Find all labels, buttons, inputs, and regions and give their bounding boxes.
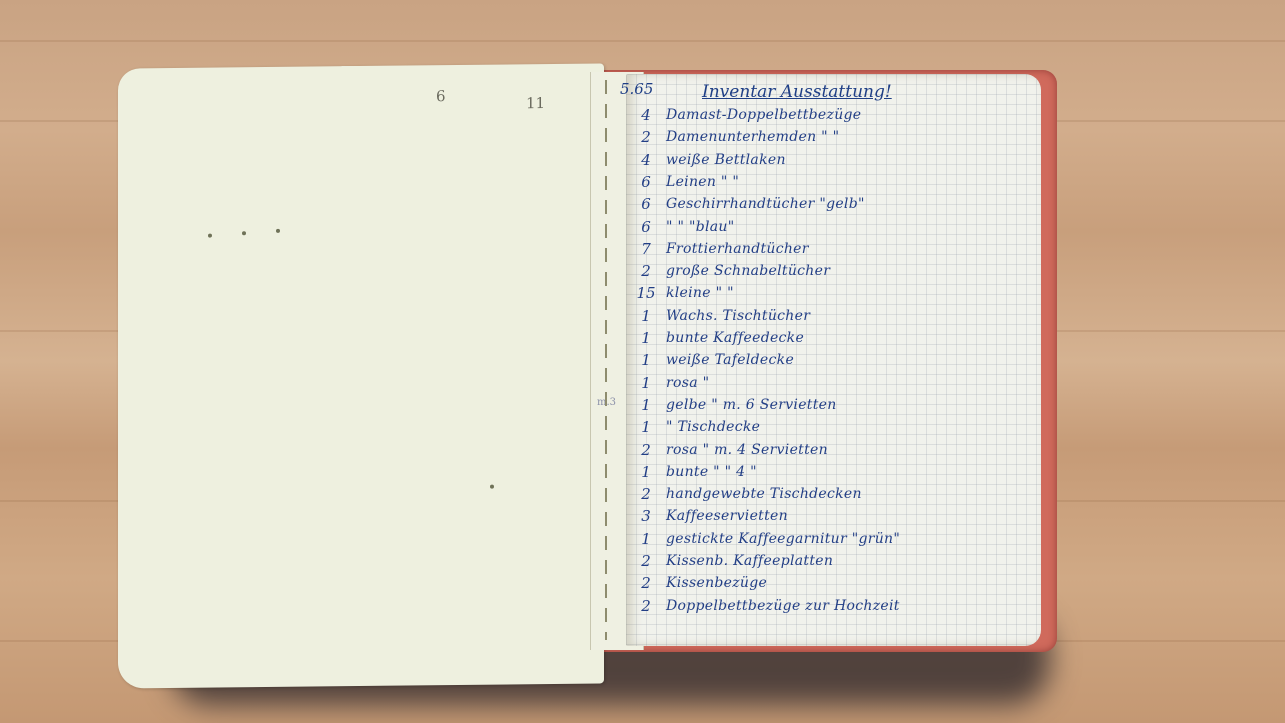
item-quantity: 1 bbox=[626, 418, 666, 436]
list-item: 2große Schnabeltücher bbox=[626, 260, 830, 282]
pencil-mark: 11 bbox=[526, 94, 545, 112]
right-page: 5.65 Inventar Ausstattung! 4Damast-Doppe… bbox=[626, 74, 1041, 646]
item-description: Leinen " " bbox=[666, 174, 739, 190]
item-description: Damast-Doppelbettbezüge bbox=[666, 107, 861, 123]
item-quantity: 15 bbox=[626, 284, 666, 302]
item-quantity: 1 bbox=[626, 396, 666, 414]
list-item: 2Kissenb. Kaffeeplatten bbox=[626, 550, 833, 572]
item-quantity: 3 bbox=[626, 507, 666, 525]
list-item: 2Kissenbezüge bbox=[626, 572, 767, 594]
item-description: weiße Bettlaken bbox=[666, 152, 786, 168]
list-item: 1Wachs. Tischtücher bbox=[626, 305, 810, 327]
item-description: Doppelbettbezüge zur Hochzeit bbox=[666, 598, 900, 614]
item-quantity: 6 bbox=[626, 173, 666, 191]
item-quantity: 2 bbox=[626, 597, 666, 615]
list-item: 2Damenunterhemden " " bbox=[626, 126, 839, 148]
list-item: 7Frottierhandtücher bbox=[626, 238, 809, 260]
list-item: 1gestickte Kaffeegarnitur "grün" bbox=[626, 528, 900, 550]
list-item: 2rosa " m. 4 Servietten bbox=[626, 439, 828, 461]
item-description: kleine " " bbox=[666, 285, 734, 301]
item-description: handgewebte Tischdecken bbox=[666, 486, 862, 502]
list-item: 1gelbe " m. 6 Servietten bbox=[626, 394, 837, 416]
item-quantity: 7 bbox=[626, 240, 666, 258]
item-description: Geschirrhandtücher "gelb" bbox=[666, 196, 865, 212]
list-item: 1bunte " " 4 " bbox=[626, 461, 757, 483]
item-quantity: 2 bbox=[626, 262, 666, 280]
item-description: gelbe " m. 6 Servietten bbox=[666, 397, 837, 413]
list-item: 2Doppelbettbezüge zur Hochzeit bbox=[626, 595, 900, 617]
binding-stitches bbox=[605, 80, 607, 640]
list-title: Inventar Ausstattung! bbox=[702, 82, 892, 102]
item-quantity: 2 bbox=[626, 441, 666, 459]
item-quantity: 2 bbox=[626, 552, 666, 570]
list-item: 1rosa " bbox=[626, 372, 709, 394]
list-item: 4Damast-Doppelbettbezüge bbox=[626, 104, 861, 126]
list-item: 4weiße Bettlaken bbox=[626, 149, 786, 171]
stain bbox=[276, 229, 280, 233]
left-page: 6 11 bbox=[118, 63, 604, 688]
item-description: bunte " " 4 " bbox=[666, 464, 757, 480]
item-description: Frottierhandtücher bbox=[666, 241, 809, 257]
item-quantity: 4 bbox=[626, 106, 666, 124]
pencil-mark: 6 bbox=[436, 87, 446, 105]
item-quantity: 1 bbox=[626, 463, 666, 481]
item-description: Kissenbezüge bbox=[666, 575, 767, 591]
item-quantity: 1 bbox=[626, 329, 666, 347]
list-item: 6" " "blau" bbox=[626, 216, 734, 238]
list-item: 2handgewebte Tischdecken bbox=[626, 483, 862, 505]
item-quantity: 2 bbox=[626, 485, 666, 503]
item-quantity: 4 bbox=[626, 151, 666, 169]
item-description: gestickte Kaffeegarnitur "grün" bbox=[666, 531, 900, 547]
list-item: 6Leinen " " bbox=[626, 171, 739, 193]
item-description: Kaffeeservietten bbox=[666, 508, 788, 524]
stain bbox=[208, 234, 212, 238]
item-quantity: 2 bbox=[626, 574, 666, 592]
item-quantity: 1 bbox=[626, 307, 666, 325]
item-description: Damenunterhemden " " bbox=[666, 129, 839, 145]
list-item: 6Geschirrhandtücher "gelb" bbox=[626, 193, 865, 215]
item-quantity: 1 bbox=[626, 351, 666, 369]
item-quantity: 1 bbox=[626, 530, 666, 548]
stain bbox=[490, 485, 494, 489]
list-item: 3Kaffeeservietten bbox=[626, 505, 788, 527]
item-description: " Tischdecke bbox=[666, 419, 760, 435]
item-description: " " "blau" bbox=[666, 219, 734, 235]
item-quantity: 1 bbox=[626, 374, 666, 392]
item-description: rosa " m. 4 Servietten bbox=[666, 442, 828, 458]
stain bbox=[242, 231, 246, 235]
entry-date: 5.65 bbox=[620, 80, 653, 98]
list-item: 1bunte Kaffeedecke bbox=[626, 327, 804, 349]
list-item: 15kleine " " bbox=[626, 282, 734, 304]
item-quantity: 6 bbox=[626, 195, 666, 213]
wood-grain bbox=[0, 40, 1285, 42]
list-item: 1weiße Tafeldecke bbox=[626, 349, 794, 371]
item-quantity: 2 bbox=[626, 128, 666, 146]
list-item: 1" Tischdecke bbox=[626, 416, 760, 438]
item-quantity: 6 bbox=[626, 218, 666, 236]
item-description: rosa " bbox=[666, 375, 709, 391]
item-description: Wachs. Tischtücher bbox=[666, 308, 810, 324]
item-description: Kissenb. Kaffeeplatten bbox=[666, 553, 833, 569]
item-description: weiße Tafeldecke bbox=[666, 352, 794, 368]
item-description: bunte Kaffeedecke bbox=[666, 330, 804, 346]
item-description: große Schnabeltücher bbox=[666, 263, 830, 279]
